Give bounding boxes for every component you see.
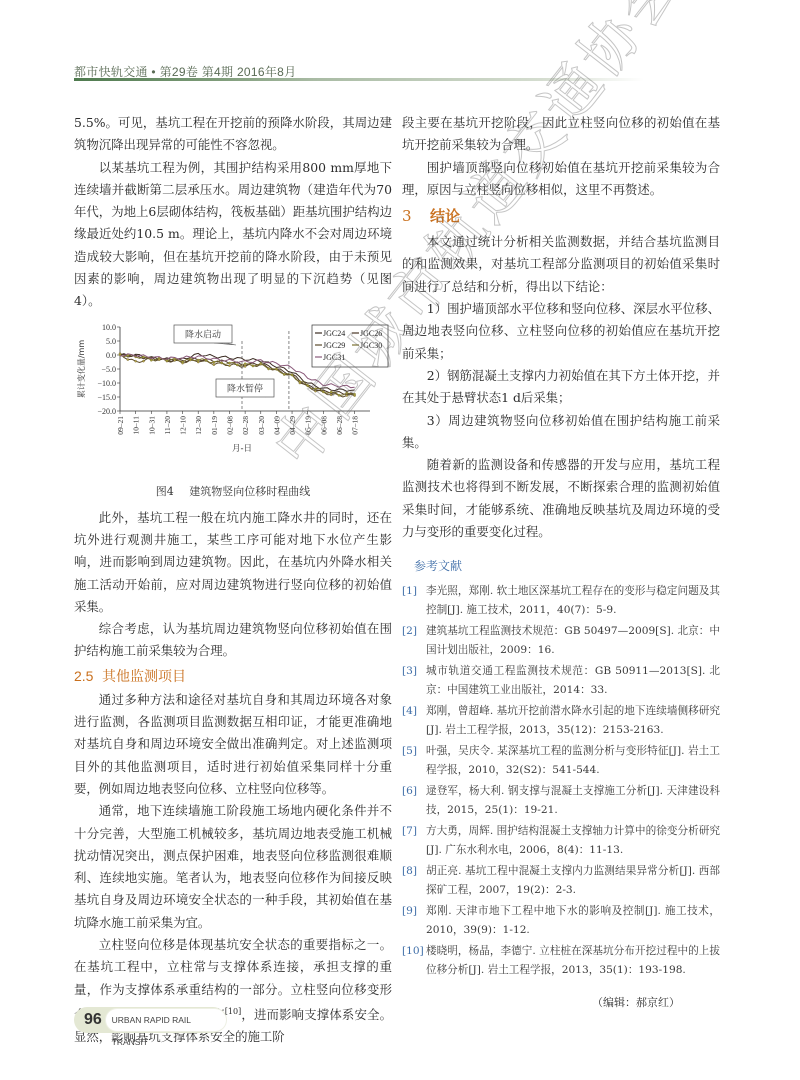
section-title: 其他监测项目 (102, 668, 186, 684)
x-axis-label: 月-日 (232, 444, 252, 454)
reference-text: 逯登军，杨大利. 钢支撑与混凝土支撑施工分析[J]. 天津建设科技，2015，2… (426, 782, 720, 820)
paragraph: 随着新的监测设备和传感器的开发与应用，基坑工程监测技术也将得到不断发展，不断探索… (402, 454, 720, 543)
section-heading-3: 3结论 (402, 203, 720, 229)
right-column: 段主要在基坑开挖阶段，因此立柱竖向位移的初始值在基坑开挖前采集较为合理。 围护墙… (402, 112, 720, 1010)
conclusion-item: 3）周边建筑物竖向位移初始值在围护结构施工前采集。 (402, 410, 720, 455)
y-tick-label: −15.0 (97, 393, 116, 402)
reference-item: [9]郑刚. 天津市地下工程中地下水的影响及控制[J]. 施工技术，2010，3… (402, 902, 720, 940)
paragraph: 此外，基坑工程一般在坑内施工降水井的同时，还在坑外进行观测井施工，某些工序可能对… (74, 507, 392, 618)
paragraph: 围护墙顶部竖向位移初始值在基坑开挖前采集较为合理，原因与立柱竖向位移相似，这里不… (402, 157, 720, 202)
reference-number: [10] (402, 942, 426, 980)
x-tick-label: 12–10 (179, 415, 188, 434)
section-number: 2.5 (74, 664, 102, 688)
legend-item: JGC31 (323, 353, 345, 362)
x-tick-label: 01–19 (210, 415, 219, 434)
reference-number: [5] (402, 742, 426, 780)
header-rule-fade (314, 78, 644, 81)
reference-text: 胡正亮. 基坑工程中混凝土支撑内力监测结果异常分析[J]. 西部探矿工程，200… (426, 862, 720, 900)
x-tick-label: 04–29 (288, 415, 297, 434)
section-heading-2-5: 2.5其他监测项目 (74, 664, 392, 688)
y-tick-label: −20.0 (97, 407, 116, 416)
reference-list: [1]李光照，郑刚. 软土地区深基坑工程存在的变形与稳定问题及其控制[J]. 施… (402, 582, 720, 980)
reference-text: 郑刚. 天津市地下工程中地下水的影响及控制[J]. 施工技术，2010，39(9… (426, 902, 720, 940)
reference-text: 方大勇，周辉. 围护结构混凝土支撑轴力计算中的徐变分析研究[J]. 广东水利水电… (426, 822, 720, 860)
reference-number: [2] (402, 622, 426, 660)
references-heading: 参考文献 (414, 557, 720, 574)
figure-label: 图4 (156, 485, 174, 498)
paragraph: 通过多种方法和途径对基坑自身和其周边环境各对象进行监测，各监测项目监测数据互相印… (74, 689, 392, 800)
reference-number: [6] (402, 782, 426, 820)
paragraph: 本文通过统计分析相关监测数据，并结合基坑监测目的和监测效果，对基坑工程部分监测项… (402, 231, 720, 298)
x-tick-label: 10–11 (132, 415, 141, 434)
reference-item: [5]叶强，吴庆令. 某深基坑工程的监测分析与变形特征[J]. 岩土工程学报，2… (402, 742, 720, 780)
paragraph: 综合考虑，认为基坑周边建筑物竖向位移初始值在围护结构施工前采集较为合理。 (74, 618, 392, 663)
reference-text: 楼晓明，杨晶，李德宁. 立柱桩在深基坑分布开挖过程中的上拔位移分析[J]. 岩土… (426, 942, 720, 980)
figure-caption-text: 建筑物竖向位移时程曲线 (189, 485, 310, 498)
x-tick-label: 09–21 (116, 415, 125, 434)
displacement-chart: 10.05.00.0−5.0−10.0−15.0−20.0累计变化量/mm09–… (74, 319, 392, 479)
reference-item: [3]城市轨道交通工程监测技术规范：GB 50911—2013[S]. 北京：中… (402, 662, 720, 700)
y-tick-label: 5.0 (106, 337, 116, 346)
legend-item: JGC29 (323, 341, 345, 350)
header-rule (74, 78, 314, 81)
reference-text: 李光照，郑刚. 软土地区深基坑工程存在的变形与稳定问题及其控制[J]. 施工技术… (426, 582, 720, 620)
left-column: 5.5%。可见，基坑工程在开挖前的预降水阶段，其周边建筑物沉降出现异常的可能性不… (74, 112, 392, 1049)
legend-item: JGC30 (360, 341, 382, 350)
figure-caption: 图4 建筑物竖向位移时程曲线 (74, 483, 392, 499)
reference-item: [6]逯登军，杨大利. 钢支撑与混凝土支撑施工分析[J]. 天津建设科技，201… (402, 782, 720, 820)
x-tick-label: 02–08 (225, 415, 234, 434)
x-tick-label: 05–19 (304, 415, 313, 434)
reference-item: [8]胡正亮. 基坑工程中混凝土支撑内力监测结果异常分析[J]. 西部探矿工程，… (402, 862, 720, 900)
paragraph: 以某基坑工程为例，其围护结构采用800 mm厚地下连续墙并截断第二层承压水。周边… (74, 157, 392, 313)
y-tick-label: −5.0 (101, 365, 116, 374)
paragraph: 5.5%。可见，基坑工程在开挖前的预降水阶段，其周边建筑物沉降出现异常的可能性不… (74, 112, 392, 157)
annotation-rain-start-text: 降水启动 (185, 328, 221, 340)
x-tick-label: 06–08 (319, 415, 328, 434)
reference-item: [7]方大勇，周辉. 围护结构混凝土支撑轴力计算中的徐变分析研究[J]. 广东水… (402, 822, 720, 860)
conclusion-item: 1）围护墙顶部水平位移和竖向位移、深层水平位移、周边地表竖向位移、立柱竖向位移的… (402, 298, 720, 365)
reference-number: [7] (402, 822, 426, 860)
y-tick-label: 10.0 (102, 323, 116, 332)
y-axis-label: 累计变化量/mm (76, 339, 86, 397)
conclusion-item: 2）钢筋混凝土支撑内力初始值在其下方土体开挖，并在其处于悬臂状态1 d后采集； (402, 365, 720, 410)
paragraph: 段主要在基坑开挖阶段，因此立柱竖向位移的初始值在基坑开挖前采集较为合理。 (402, 112, 720, 157)
y-tick-label: −10.0 (97, 379, 116, 388)
x-tick-label: 04–09 (272, 415, 281, 434)
footer-badge: 96 URBAN RAPID RAIL TRANSIT (74, 1007, 226, 1033)
reference-text: 建筑基坑工程监测技术规范：GB 50497—2009[S]. 北京：中国计划出版… (426, 622, 720, 660)
paragraph: 通常，地下连续墙施工阶段施工场地内硬化条件并不十分完善，大型施工机械较多，基坑周… (74, 800, 392, 934)
section-title: 结论 (430, 207, 460, 225)
reference-item: [1]李光照，郑刚. 软土地区深基坑工程存在的变形与稳定问题及其控制[J]. 施… (402, 582, 720, 620)
x-tick-label: 10–31 (147, 415, 156, 434)
legend-item: JGC26 (360, 329, 382, 338)
figure-4: 10.05.00.0−5.0−10.0−15.0−20.0累计变化量/mm09–… (74, 319, 392, 479)
reference-number: [4] (402, 702, 426, 740)
section-number: 3 (402, 203, 430, 229)
reference-item: [2]建筑基坑工程监测技术规范：GB 50497—2009[S]. 北京：中国计… (402, 622, 720, 660)
reference-number: [1] (402, 582, 426, 620)
reference-text: 城市轨道交通工程监测技术规范：GB 50911—2013[S]. 北京：中国建筑… (426, 662, 720, 700)
journal-name: URBAN RAPID RAIL TRANSIT (106, 1009, 226, 1031)
reference-text: 叶强，吴庆令. 某深基坑工程的监测分析与变形特征[J]. 岩土工程学报，2010… (426, 742, 720, 780)
citation[interactable]: [10] (225, 1007, 241, 1016)
legend-item: JGC24 (323, 329, 345, 338)
x-tick-label: 12–30 (194, 415, 203, 434)
x-tick-label: 11–20 (163, 415, 172, 434)
editor-note: （编辑：郝京红） (402, 994, 720, 1010)
reference-item: [10]楼晓明，杨晶，李德宁. 立柱桩在深基坑分布开挖过程中的上拔位移分析[J]… (402, 942, 720, 980)
reference-item: [4]郑刚，曾超峰. 基坑开挖前潜水降水引起的地下连续墙侧移研究[J]. 岩土工… (402, 702, 720, 740)
reference-number: [8] (402, 862, 426, 900)
reference-number: [9] (402, 902, 426, 940)
x-tick-label: 03–20 (257, 415, 266, 434)
x-tick-label: 06–28 (335, 415, 344, 434)
reference-number: [3] (402, 662, 426, 700)
x-tick-label: 07–18 (351, 415, 360, 434)
reference-text: 郑刚，曾超峰. 基坑开挖前潜水降水引起的地下连续墙侧移研究[J]. 岩土工程学报… (426, 702, 720, 740)
y-tick-label: 0.0 (106, 351, 116, 360)
x-tick-label: 02–28 (241, 415, 250, 434)
annotation-rain-pause-text: 降水暂停 (227, 382, 263, 394)
